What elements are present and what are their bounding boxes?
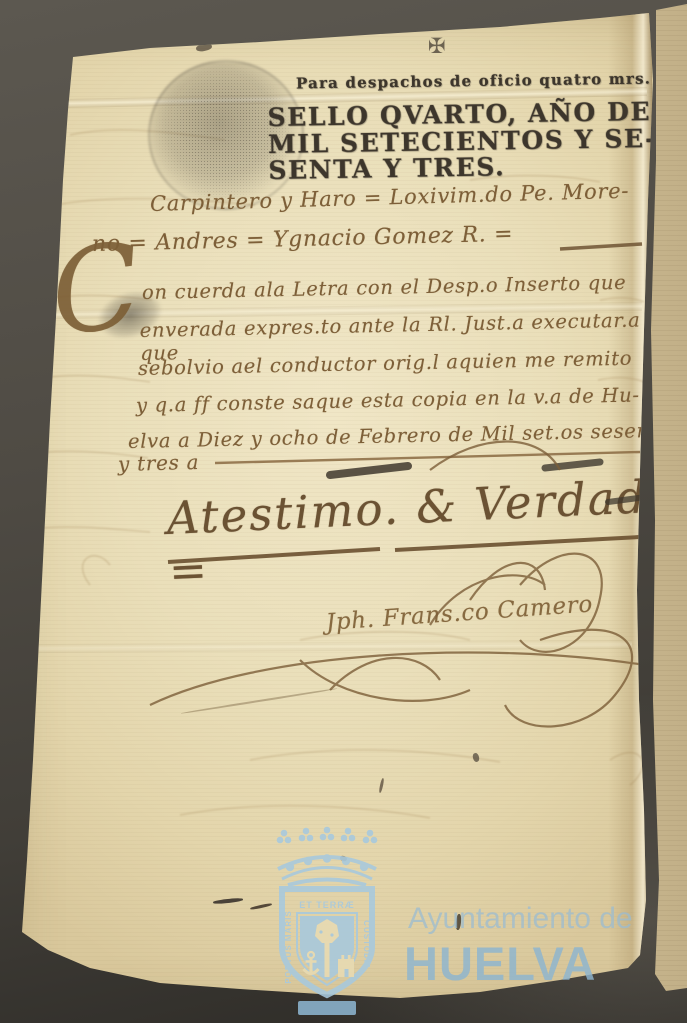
crest-banner-tab xyxy=(298,1001,356,1015)
huelva-crest: ET TERRÆ PORTUS MARIS CUSTODIA xyxy=(270,829,384,1023)
crest-motto-right: CUSTODIA xyxy=(362,920,371,970)
watermark-org-name: HUELVA xyxy=(404,936,596,991)
archival-photo: ✠ Para despachos de oficio quatro mrs. S… xyxy=(0,0,687,1023)
crown-icon xyxy=(277,827,378,885)
crest-motto-left: PORTUS MARIS xyxy=(284,910,293,983)
shield-icon: ET TERRÆ PORTUS MARIS CUSTODIA xyxy=(282,889,372,995)
crest-motto-top: ET TERRÆ xyxy=(299,900,355,910)
watermark-org-line: Ayuntamiento de xyxy=(408,902,633,936)
